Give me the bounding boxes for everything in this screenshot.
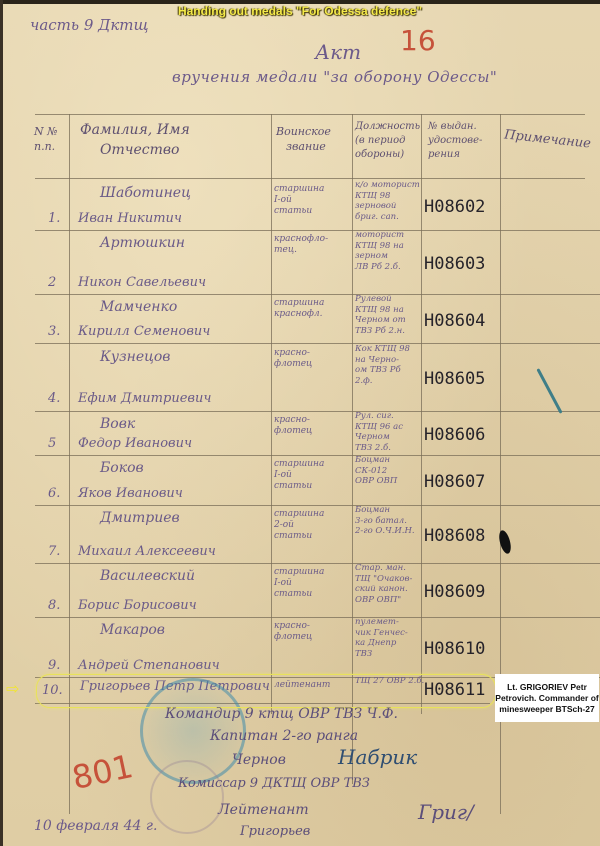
position-line: Кок КТЩ 98	[355, 344, 410, 355]
position-line: Боцман	[355, 455, 397, 466]
row-given: Яков Иванович	[78, 486, 183, 501]
position-line: ЛВ Рб 2.б.	[355, 262, 404, 273]
grid-line	[271, 114, 272, 714]
position-line: 3-го батал.	[355, 516, 415, 527]
header-certificate: № выдан. удостове- рения	[428, 120, 482, 162]
position-line: ка Днепр	[355, 638, 408, 649]
row-given: Кирилл Семенович	[78, 324, 210, 339]
row-rank: старшинаI-ойстатьи	[274, 567, 324, 600]
position-line: Черном	[355, 432, 403, 443]
position-line: пулемет-	[355, 617, 408, 628]
signature-line: Командир 9 ктщ ОВР ТВЗ Ч.Ф.	[165, 706, 398, 722]
header-text: N №	[34, 124, 58, 139]
position-line: Рулевой	[355, 294, 406, 305]
grid-line	[69, 114, 70, 814]
grid-line	[35, 343, 600, 344]
header-num: N № п.п.	[34, 124, 58, 154]
position-line: СК-012	[355, 466, 397, 477]
row-number: 1.	[48, 212, 60, 226]
grid-line	[35, 563, 600, 564]
position-line: КТЩ 98 на	[355, 241, 404, 252]
position-line: на Черно-	[355, 355, 410, 366]
row-number: 7.	[48, 545, 60, 559]
position-line: ТЩ "Очаков-	[355, 574, 412, 585]
header-name: Фамилия, Имя Отчество	[80, 120, 190, 160]
header-text: звание	[276, 139, 331, 154]
header-rank: Воинское звание	[276, 124, 331, 154]
row-given-names: Кирилл Семенович	[78, 325, 210, 339]
header-text: № выдан.	[428, 120, 482, 134]
row-position: РулевойКТЩ 98 наЧерном отТВЗ Рб 2.н.	[355, 294, 406, 336]
unit-label: часть 9 Дктщ	[30, 16, 149, 34]
row-surname: Артюшкин	[100, 236, 185, 250]
row-number: 2	[48, 276, 56, 290]
row-surname: Василевский	[100, 569, 195, 583]
position-line: ОВР ОВП	[355, 476, 397, 487]
position-line: ТВЗ Рб 2.н.	[355, 326, 406, 337]
signature-scrawl: Григ/	[418, 800, 474, 824]
header-text: Фамилия, Имя	[80, 120, 190, 140]
row-rank: старшинакраснофл.	[274, 298, 324, 320]
row-rank: красно-флотец	[274, 348, 312, 370]
position-line: ТВЗ	[355, 649, 408, 660]
grid-line	[421, 114, 422, 714]
row-surname: Дмитриев	[100, 511, 180, 525]
rank-line: I-ой	[274, 470, 324, 481]
row-certificate-number: H08604	[424, 311, 485, 331]
signature-line: Комиссар 9 ДКТЩ ОВР ТВЗ	[178, 776, 370, 791]
position-line: 2-го О.Ч.И.Н.	[355, 526, 415, 537]
row-position: Боцман3-го батал.2-го О.Ч.И.Н.	[355, 505, 415, 537]
rank-line: статьи	[274, 589, 324, 600]
header-text: удостове-	[428, 134, 482, 148]
row-number: 8.	[48, 599, 60, 613]
rank-line: статьи	[274, 206, 324, 217]
row-given: Никон Савельевич	[78, 275, 206, 290]
row-surname: Макаров	[100, 623, 165, 637]
row-rank: старшина2-ойстатьи	[274, 509, 324, 542]
row-certificate-number: H08610	[424, 639, 485, 659]
row-position: пулемет-чик Генчес-ка ДнепрТВЗ	[355, 617, 408, 659]
position-line: Черном от	[355, 315, 406, 326]
row-position: к/о мотористКТЩ 98зерновойбриг. сап.	[355, 180, 420, 222]
row-rank: краснофло-тец.	[274, 234, 328, 256]
grid-line	[35, 230, 600, 231]
row-surname: Вовк	[100, 417, 135, 431]
row-position: мотористКТЩ 98 назерномЛВ Рб 2.б.	[355, 230, 404, 272]
rank-line: статьи	[274, 531, 324, 542]
grid-line	[35, 178, 585, 179]
position-line: моторист	[355, 230, 404, 241]
row-given-names: Федор Иванович	[78, 437, 192, 451]
header-text: (в период	[355, 134, 420, 148]
left-border	[0, 0, 3, 846]
position-line: чик Генчес-	[355, 628, 408, 639]
signature-line: Григорьев	[240, 824, 310, 839]
rank-line: старшина	[274, 509, 324, 520]
rank-line: тец.	[274, 245, 328, 256]
row-certificate-number: H08606	[424, 425, 485, 445]
row-position: Кок КТЩ 98на Черно-ом ТВЗ Рб2.ф.	[355, 344, 410, 386]
rank-line: краснофло-	[274, 234, 328, 245]
signature-line: Чернов	[232, 752, 286, 768]
signature-line: Лейтенант	[218, 802, 309, 818]
row-given-names: Борис Борисович	[78, 599, 197, 613]
row-rank: красно-флотец	[274, 621, 312, 643]
position-line: зерновой	[355, 201, 420, 212]
row-position: БоцманСК-012ОВР ОВП	[355, 455, 397, 487]
row-surname: Шаботинец	[100, 186, 191, 200]
grid-line	[35, 294, 600, 295]
position-line: к/о моторист	[355, 180, 420, 191]
rank-line: красно-	[274, 621, 312, 632]
position-line: зерном	[355, 251, 404, 262]
row-given: Михаил Алексеевич	[78, 544, 216, 559]
rank-line: I-ой	[274, 195, 324, 206]
signature-line: Капитан 2-го ранга	[210, 728, 358, 744]
grid-line	[35, 455, 600, 456]
position-line: Боцман	[355, 505, 415, 516]
rank-line: флотец	[274, 426, 312, 437]
row-certificate-number: H08608	[424, 526, 485, 546]
position-line: Стар. ман.	[355, 563, 412, 574]
rank-line: красно-	[274, 348, 312, 359]
header-text: Отчество	[80, 140, 190, 160]
row-position: Стар. ман.ТЩ "Очаков-ский канон.ОВР ОВП"	[355, 563, 412, 605]
row-number: 5	[48, 437, 56, 451]
position-line: бриг. сап.	[355, 212, 420, 223]
row-number: 3.	[48, 325, 60, 339]
act-number: 16	[400, 24, 436, 57]
document-date: 10 февраля 44 г.	[34, 818, 157, 834]
row-certificate-number: H08602	[424, 197, 485, 217]
grid-line	[35, 114, 585, 115]
faded-stamp	[150, 760, 224, 834]
rank-line: статьи	[274, 481, 324, 492]
grid-line	[35, 411, 600, 412]
row-given-names: Иван Никитич	[78, 212, 182, 226]
header-text: рения	[428, 148, 482, 162]
rank-line: флотец	[274, 359, 312, 370]
grid-line	[35, 617, 600, 618]
rank-line: 2-ой	[274, 520, 324, 531]
rank-line: старшина	[274, 298, 324, 309]
row-surname: Кузнецов	[100, 350, 170, 364]
position-line: ТВЗ 2.б.	[355, 443, 403, 454]
rank-line: I-ой	[274, 578, 324, 589]
row-surname: Мамченко	[100, 300, 177, 314]
rank-line: старшина	[274, 459, 324, 470]
row-given: Борис Борисович	[78, 598, 197, 613]
header-text: Должность	[355, 120, 420, 134]
position-line: Рул. сиг.	[355, 411, 403, 422]
row-surname: Боков	[100, 461, 144, 475]
rank-line: красно-	[274, 415, 312, 426]
position-line: КТЩ 96 ас	[355, 422, 403, 433]
row-given: Ефим Дмитриевич	[78, 391, 211, 406]
rank-line: старшина	[274, 184, 324, 195]
header-text: Воинское	[276, 124, 331, 139]
row-certificate-number: H08603	[424, 254, 485, 274]
position-line: ом ТВЗ Рб	[355, 365, 410, 376]
row-rank: старшинаI-ойстатьи	[274, 459, 324, 492]
rank-line: флотец	[274, 632, 312, 643]
row-given-names: Ефим Дмитриевич	[78, 392, 211, 406]
position-line: КТЩ 98 на	[355, 305, 406, 316]
header-position: Должность (в период обороны)	[355, 120, 420, 162]
header-text: п.п.	[34, 139, 58, 154]
act-title: Акт	[315, 40, 361, 64]
row-given-names: Никон Савельевич	[78, 276, 206, 290]
row-certificate-number: H08609	[424, 582, 485, 602]
arrow-right-icon: ⇨	[6, 679, 19, 698]
row-rank: старшинаI-ойстатьи	[274, 184, 324, 217]
row-certificate-number: H08607	[424, 472, 485, 492]
header-text: обороны)	[355, 148, 420, 162]
position-line: ОВР ОВП"	[355, 595, 412, 606]
position-line: КТЩ 98	[355, 191, 420, 202]
row-position: Рул. сиг.КТЩ 96 асЧерномТВЗ 2.б.	[355, 411, 403, 453]
position-line: 2.ф.	[355, 376, 410, 387]
row-number: 6.	[48, 487, 60, 501]
row-number: 9.	[48, 659, 60, 673]
row-given-names: Андрей Степанович	[78, 659, 220, 673]
rank-line: старшина	[274, 567, 324, 578]
rank-line: краснофл.	[274, 309, 324, 320]
row-given-names: Яков Иванович	[78, 487, 183, 501]
position-line: ский канон.	[355, 584, 412, 595]
signature-scrawl: Набрик	[338, 745, 417, 769]
row-number: 4.	[48, 392, 60, 406]
row-given-names: Михаил Алексеевич	[78, 545, 216, 559]
annotation-note: Lt. GRIGORIEV Petr Petrovich. Commander …	[495, 674, 599, 722]
row-given: Иван Никитич	[78, 211, 182, 226]
row-given: Федор Иванович	[78, 436, 192, 451]
row-certificate-number: H08605	[424, 369, 485, 389]
row-rank: красно-флотец	[274, 415, 312, 437]
highlighted-row-outline	[36, 674, 496, 708]
act-subtitle: вручения медали "за оборону Одессы"	[172, 68, 497, 86]
annotation-text: Lt. GRIGORIEV Petr Petrovich. Commander …	[495, 682, 599, 715]
grid-line	[35, 505, 600, 506]
row-given: Андрей Степанович	[78, 658, 220, 673]
